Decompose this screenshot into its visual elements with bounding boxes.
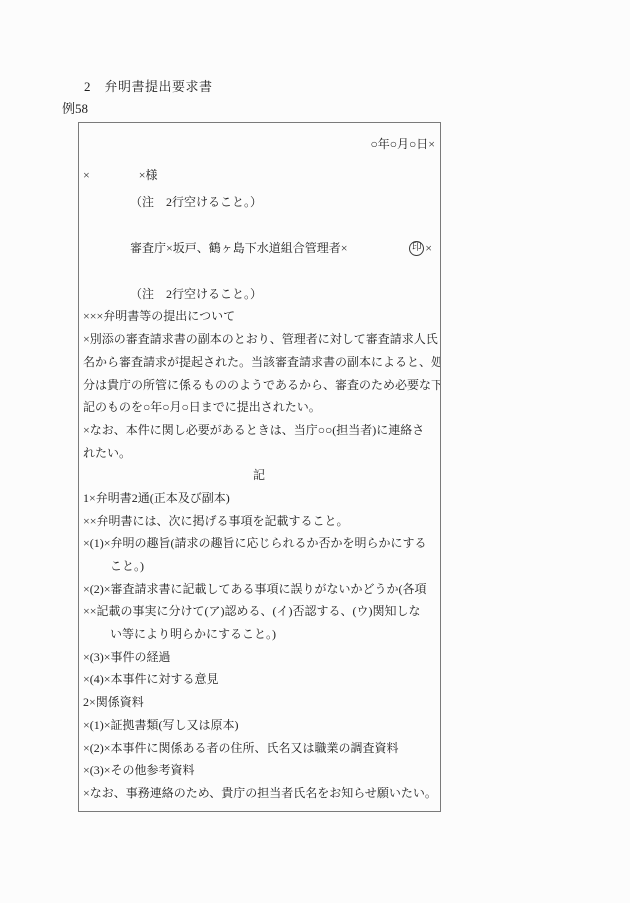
blank-lines: [83, 260, 435, 283]
section-title: 2 弁明書提出要求書: [84, 79, 213, 94]
note-spacing-2: （注 2行空けること。）: [83, 283, 435, 306]
list-line: ×(1)×弁明の趣旨(請求の趣旨に応じられるか否かを明らかにする: [83, 532, 435, 555]
sender-line: 審査庁×坂戸、鶴ヶ島下水道組合管理者× 印 ×: [83, 237, 435, 260]
list-line: ××弁明書には、次に掲げる事項を記載すること。: [83, 510, 435, 533]
date-line: ○年○月○日×: [83, 133, 435, 156]
addressee-name: ×様: [139, 168, 158, 182]
ki-heading: 記: [83, 464, 435, 487]
note-spacing-1: （注 2行空けること。）: [83, 191, 435, 214]
list-line: ×(3)×事件の経過: [83, 646, 435, 669]
document-box: ○年○月○日× ××様 （注 2行空けること。） 審査庁×坂戸、鶴ヶ島下水道組合…: [78, 122, 441, 812]
page: 2 弁明書提出要求書 例58 ○年○月○日× ××様 （注 2行空けること。） …: [0, 0, 630, 903]
list-line: 2×関係資料: [83, 691, 435, 714]
seal-icon: 印: [409, 241, 424, 256]
list-line: 1×弁明書2通(正本及び副本): [83, 487, 435, 510]
body-line: 名から審査請求が提起された。当該審査請求書の副本によると、処: [83, 351, 435, 374]
sender-suffix: ×: [425, 237, 432, 260]
body-line: 記のものを○年○月○日までに提出されたい。: [83, 396, 435, 419]
blank-lines: [83, 214, 435, 237]
body-line: 分は貴庁の所管に係るもののようであるから、審査のため必要な下: [83, 374, 435, 397]
addressee-prefix: ×: [83, 168, 90, 182]
example-label: 例58: [62, 101, 88, 116]
addressee-line: ××様: [83, 164, 435, 187]
body-line: ×なお、本件に関し必要があるときは、当庁○○(担当者)に連絡さ: [83, 419, 435, 442]
list-line: ×(3)×その他参考資料: [83, 759, 435, 782]
list-line: ×(1)×証拠書類(写し又は原本): [83, 714, 435, 737]
list-line: ×なお、事務連絡のため、貴庁の担当者氏名をお知らせ願いたい。: [83, 782, 435, 805]
subject-line: ×××弁明書等の提出について: [83, 305, 435, 328]
sender-seal-group: 印 ×: [409, 237, 432, 260]
body-line: れたい。: [83, 442, 435, 465]
list-line: ×(4)×本事件に対する意見: [83, 668, 435, 691]
body-line: ×別添の審査請求書の副本のとおり、管理者に対して審査請求人氏: [83, 328, 435, 351]
list-line-continuation: こと。): [83, 555, 435, 578]
list-line: ×(2)×本事件に関係ある者の住所、氏名又は職業の調査資料: [83, 737, 435, 760]
sender-text: 審査庁×坂戸、鶴ヶ島下水道組合管理者×: [130, 237, 348, 260]
list-line-continuation: い等により明らかにすること。): [83, 623, 435, 646]
list-line: ××記載の事実に分けて(ア)認める、(イ)否認する、(ウ)関知しな: [83, 600, 435, 623]
list-line: ×(2)×審査請求書に記載してある事項に誤りがないかどうか(各項: [83, 578, 435, 601]
